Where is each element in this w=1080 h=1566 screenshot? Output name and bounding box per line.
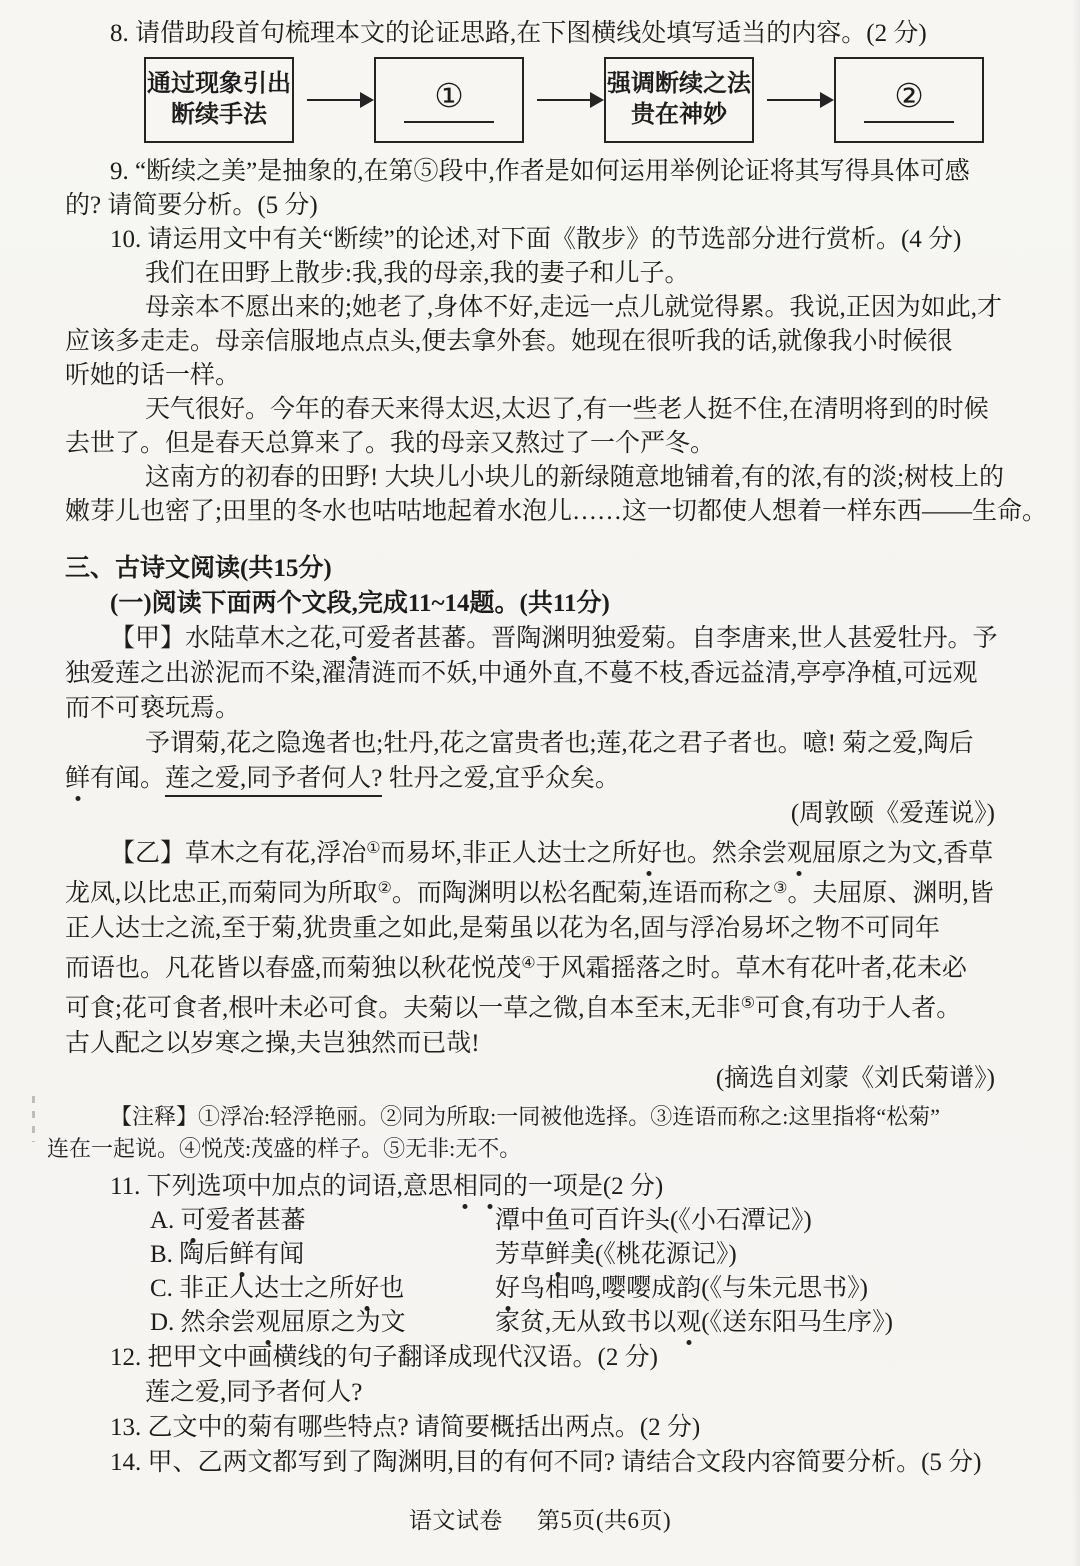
text-segment: 【甲】水陆草木之花, bbox=[110, 625, 341, 652]
footer-page-indicator: 第5页(共6页) bbox=[537, 1508, 671, 1533]
flowchart: 通过现象引出 断续手法 ① 强调断续之法 贵在神妙 ② bbox=[144, 57, 984, 143]
emphasis-dot-char: 鲜 bbox=[545, 1238, 570, 1272]
arrow-right-icon bbox=[524, 57, 604, 143]
option-d-row: D. 然余尝观屈原之为文 家贫,无从致书以观(《送东阳马生序》) bbox=[150, 1306, 1015, 1340]
option-c-row: C. 非正人达士之所好也 好鸟相鸣,嘤嘤成韵(《与朱元思书》) bbox=[150, 1272, 1015, 1306]
text-segment: 予谓菊,花之隐逸者也;牡丹,花之富贵者也;莲,花之君子者也。噫! 菊之爱,陶后 bbox=[145, 730, 973, 757]
text-segment: 可食,有功于人者。 bbox=[755, 995, 961, 1022]
question-8-text: 8. 请借助段首句梳理本文的论证思路,在下图横线处填写适当的内容。(2 分) bbox=[65, 16, 1015, 51]
emphasis-dot-char: 好 bbox=[354, 1272, 379, 1306]
option-d-left: D. 然余尝观屈原之为文 bbox=[150, 1306, 495, 1340]
emphasis-dot-char: 好 bbox=[495, 1272, 520, 1306]
question-11-options: A. 可爱者甚蕃 潭中鱼可百许头(《小石潭记》) B. 陶后鲜有闻 芳草鲜美(《… bbox=[150, 1204, 1015, 1340]
emphasis-dot-char: 好 bbox=[637, 836, 662, 871]
flow-box-blank-1: ① bbox=[374, 57, 524, 143]
text-segment: 正人达士之流,至于菊,犹贵重之如此,是菊虽以花为名,固与浮冶易坏之物不可同年 bbox=[65, 915, 940, 942]
emphasis-dot-char: 可 bbox=[570, 1204, 595, 1238]
question-12-quote: 莲之爱,同予者何人? bbox=[65, 1375, 1015, 1410]
notes-line-2: 连在一起说。④悦茂:茂盛的样子。⑤无非:无不。 bbox=[47, 1133, 1015, 1165]
passage-line: 可食;花可食者,根叶未必可食。夫菊以一草之微,自本至末,无非⑤可食,有功于人者。 bbox=[65, 986, 1015, 1026]
flow-box-text: 断续手法 bbox=[171, 100, 267, 131]
option-a-right: 潭中鱼可百许头(《小石潭记》) bbox=[495, 1204, 1015, 1238]
passage-yi: 【乙】草木之有花,浮冶①而易坏,非正人达士之所好也。然余尝观屈原之为文,香草 龙… bbox=[65, 831, 1015, 1096]
text-segment: 牡丹之爱,宜乎众矣。 bbox=[382, 765, 620, 792]
text-segment: B. 陶后 bbox=[150, 1241, 229, 1268]
text-segment: 而语也。凡花皆以春盛,而菊独以秋花悦茂 bbox=[65, 955, 521, 982]
arrow-right-icon bbox=[754, 57, 834, 143]
flow-box-text: 通过现象引出 bbox=[147, 69, 291, 100]
text-segment: 百许头(《小石潭记》) bbox=[595, 1207, 812, 1234]
text-segment: 有闻 bbox=[254, 1241, 304, 1268]
exam-paper-page: 8. 请借助段首句梳理本文的论证思路,在下图横线处填写适当的内容。(2 分) 通… bbox=[0, 0, 1080, 1566]
text-segment: 而易坏,非正人达士之所 bbox=[381, 840, 637, 867]
arrow-right-icon bbox=[294, 57, 374, 143]
emphasis-dot-char: 可 bbox=[181, 1204, 206, 1238]
excerpt-line: 嫩芽儿也密了;田里的冬水也咕咕地起着水泡儿……这一切都使人想着一样东西——生命。 bbox=[65, 495, 1015, 529]
answer-blank-2: ② bbox=[864, 77, 954, 123]
text-segment: 芳草 bbox=[495, 1241, 545, 1268]
emphasis-dot-char: 观 bbox=[256, 1306, 281, 1340]
passage-line: 【甲】水陆草木之花,可爱者甚蕃。晋陶渊明独爱菊。自李唐来,世人甚爱牡丹。予 bbox=[65, 621, 1015, 656]
text-segment: 独爱莲之出淤泥而不染,濯清涟而不妖,中通外直,不蔓不枝,香远益清,亭亭净植,可远… bbox=[65, 660, 978, 687]
passage-line: 正人达士之流,至于菊,犹贵重之如此,是菊虽以花为名,固与浮冶易坏之物不可同年 bbox=[65, 911, 1015, 946]
superscript-ref: ⑤ bbox=[741, 995, 755, 1012]
superscript-ref: ② bbox=[378, 880, 392, 897]
text-segment: 潭中鱼 bbox=[495, 1207, 570, 1234]
text-segment: 于风霜摇落之时。草木有花叶者,花未必 bbox=[536, 955, 967, 982]
flow-box-blank-2: ② bbox=[834, 57, 984, 143]
option-b-row: B. 陶后鲜有闻 芳草鲜美(《桃花源记》) bbox=[150, 1238, 1015, 1272]
option-c-right: 好鸟相鸣,嘤嘤成韵(《与朱元思书》) bbox=[495, 1272, 1015, 1306]
text-segment: 。夫屈原、渊明,皆 bbox=[787, 880, 993, 907]
text-segment: 而不可亵玩焉。 bbox=[65, 695, 240, 722]
section-3-subtitle: (一)阅读下面两个文段,完成11~14题。(共11分) bbox=[65, 586, 1015, 621]
option-c-left: C. 非正人达士之所好也 bbox=[150, 1272, 495, 1306]
excerpt-line: 这南方的初春的田野! 大块儿小块儿的新绿随意地铺着,有的浓,有的淡;树枝上的 bbox=[65, 461, 1015, 495]
text-segment: 也。然余尝 bbox=[662, 840, 787, 867]
passage-line: 古人配之以岁寒之操,夫岂独然而已哉! bbox=[65, 1026, 1015, 1061]
text-segment: 鸟相鸣,嘤嘤成韵(《与朱元思书》) bbox=[520, 1275, 868, 1302]
excerpt-line: 母亲本不愿出来的;她老了,身体不好,走远一点儿就觉得累。我说,正因为如此,才 bbox=[65, 291, 1015, 325]
flow-box-text: 强调断续之法 bbox=[607, 69, 751, 100]
option-a-row: A. 可爱者甚蕃 潭中鱼可百许头(《小石潭记》) bbox=[150, 1204, 1015, 1238]
passage-line: 龙凤,以比忠正,而菊同为所取②。而陶渊明以松名配菊,连语而称之③。夫屈原、渊明,… bbox=[65, 871, 1015, 911]
superscript-ref: ① bbox=[366, 840, 380, 857]
option-b-right: 芳草鲜美(《桃花源记》) bbox=[495, 1238, 1015, 1272]
option-d-right: 家贫,无从致书以观(《送东阳马生序》) bbox=[495, 1306, 1015, 1340]
passage-line: 而不可亵玩焉。 bbox=[65, 691, 1015, 726]
text-segment: 有闻。 bbox=[90, 765, 165, 792]
questions-9-10-block: 9. “断续之美”是抽象的,在第⑤段中,作者是如何运用举例论证将其写得具体可感 … bbox=[65, 155, 1015, 529]
attribution-jia: (周敦颐《爱莲说》) bbox=[65, 796, 1015, 831]
text-segment: D. 然余尝 bbox=[150, 1309, 256, 1336]
answer-blank-1: ① bbox=[404, 77, 494, 123]
passage-line: 予谓菊,花之隐逸者也;牡丹,花之富贵者也;莲,花之君子者也。噫! 菊之爱,陶后 bbox=[65, 726, 1015, 761]
passage-jia: 【甲】水陆草木之花,可爱者甚蕃。晋陶渊明独爱菊。自李唐来,世人甚爱牡丹。予 独爱… bbox=[65, 621, 1015, 831]
question-11-stem: 11. 下列选项中加点的词语,意思相同的一项是(2 分) bbox=[65, 1169, 1015, 1204]
text-segment: 家贫,无从致书以 bbox=[495, 1309, 676, 1336]
text-segment: A. bbox=[150, 1207, 181, 1234]
passage-line: 而语也。凡花皆以春盛,而菊独以秋花悦茂④于风霜摇落之时。草木有花叶者,花未必 bbox=[65, 946, 1015, 986]
text-segment: 可食;花可食者,根叶未必可食。夫菊以一草之微,自本至末,无非 bbox=[65, 995, 741, 1022]
footer-subject: 语文试卷 bbox=[409, 1508, 503, 1533]
question-14-text: 14. 甲、乙两文都写到了陶渊明,目的有何不同? 请结合文段内容简要分析。(5 … bbox=[65, 1445, 1015, 1480]
question-12-text: 12. 把甲文中画横线的句子翻译成现代汉语。(2 分) bbox=[65, 1340, 1015, 1375]
section-3-title: 三、古诗文阅读(共15分) bbox=[65, 551, 1015, 586]
excerpt-line: 去世了。但是春天总算来了。我的母亲又熬过了一个严冬。 bbox=[65, 427, 1015, 461]
text-segment: 屈原之为文,香草 bbox=[812, 840, 993, 867]
text-segment: 屈原之为文 bbox=[281, 1309, 406, 1336]
flow-box-emphasis: 强调断续之法 贵在神妙 bbox=[604, 57, 754, 143]
option-a-left: A. 可爱者甚蕃 bbox=[150, 1204, 495, 1238]
notes-block: 【注释】①浮冶:轻浮艳丽。②同为所取:一同被他选择。③连语而称之:这里指将“松菊… bbox=[65, 1101, 1015, 1165]
emphasis-dot-char: 观 bbox=[676, 1306, 701, 1340]
emphasis-dot-char: 鲜 bbox=[65, 761, 90, 796]
emphasis-dot-char: 可 bbox=[341, 621, 366, 656]
emphasis-dot-char: 观 bbox=[787, 836, 812, 871]
question-10-text: 10. 请运用文中有关“断续”的论述,对下面《散步》的节选部分进行赏析。(4 分… bbox=[65, 223, 1015, 257]
excerpt-line: 听她的话一样。 bbox=[65, 359, 1015, 393]
text-segment: 爱者甚蕃 bbox=[206, 1207, 306, 1234]
excerpt-line: 应该多走走。母亲信服地点点头,便去拿外套。她现在很听我的话,就像我小时候很 bbox=[65, 325, 1015, 359]
question-13-text: 13. 乙文中的菊有哪些特点? 请简要概括出两点。(2 分) bbox=[65, 1410, 1015, 1445]
scan-artifact bbox=[32, 1096, 35, 1142]
text-segment: 古人配之以岁寒之操,夫岂独然而已哉! bbox=[65, 1030, 480, 1057]
passage-line: 独爱莲之出淤泥而不染,濯清涟而不妖,中通外直,不蔓不枝,香远益清,亭亭净植,可远… bbox=[65, 656, 1015, 691]
flow-box-premise: 通过现象引出 断续手法 bbox=[144, 57, 294, 143]
paper-content: 8. 请借助段首句梳理本文的论证思路,在下图横线处填写适当的内容。(2 分) 通… bbox=[65, 16, 1015, 1536]
emphasis-dot-char: 相 bbox=[453, 1169, 478, 1204]
text-segment: 美(《桃花源记》) bbox=[570, 1241, 737, 1268]
excerpt-line: 天气很好。今年的春天来得太迟,太迟了,有一些老人挺不住,在清明将到的时候 bbox=[65, 393, 1015, 427]
question-9-line-1: 9. “断续之美”是抽象的,在第⑤段中,作者是如何运用举例论证将其写得具体可感 bbox=[65, 155, 1015, 189]
option-b-left: B. 陶后鲜有闻 bbox=[150, 1238, 495, 1272]
flow-box-text: 贵在神妙 bbox=[631, 100, 727, 131]
passage-line: 鲜有闻。莲之爱,同予者何人? 牡丹之爱,宜乎众矣。 bbox=[65, 761, 1015, 796]
notes-line-1: 【注释】①浮冶:轻浮艳丽。②同为所取:一同被他选择。③连语而称之:这里指将“松菊… bbox=[65, 1101, 1015, 1133]
excerpt-line: 我们在田野上散步:我,我的母亲,我的妻子和儿子。 bbox=[65, 257, 1015, 291]
emphasis-dot-char: 同 bbox=[478, 1169, 503, 1204]
superscript-ref: ③ bbox=[773, 880, 787, 897]
text-segment: 的一项是(2 分) bbox=[503, 1173, 663, 1200]
attribution-yi: (摘选自刘蒙《刘氏菊谱》) bbox=[65, 1061, 1015, 1096]
text-segment: 11. 下列选项中加点的词语,意思 bbox=[110, 1173, 453, 1200]
underlined-phrase: 莲之爱,同予者何人? bbox=[165, 765, 382, 797]
passage-line: 【乙】草木之有花,浮冶①而易坏,非正人达士之所好也。然余尝观屈原之为文,香草 bbox=[65, 831, 1015, 871]
text-segment: 爱者甚蕃。晋陶渊明独爱菊。自李唐来,世人甚爱牡丹。予 bbox=[366, 625, 997, 652]
text-segment: (《送东阳马生序》) bbox=[701, 1309, 893, 1336]
page-footer: 语文试卷第5页(共6页) bbox=[65, 1506, 1015, 1536]
superscript-ref: ④ bbox=[521, 955, 535, 972]
text-segment: 也 bbox=[379, 1275, 404, 1302]
text-segment: 。而陶渊明以松名配菊,连语而称之 bbox=[392, 880, 773, 907]
text-segment: 【乙】草木之有花,浮冶 bbox=[110, 840, 366, 867]
text-segment: C. 非正人达士之所 bbox=[150, 1275, 354, 1302]
question-9-line-2: 的? 请简要分析。(5 分) bbox=[65, 189, 1015, 223]
text-segment: 龙凤,以比忠正,而菊同为所取 bbox=[65, 880, 378, 907]
emphasis-dot-char: 鲜 bbox=[229, 1238, 254, 1272]
